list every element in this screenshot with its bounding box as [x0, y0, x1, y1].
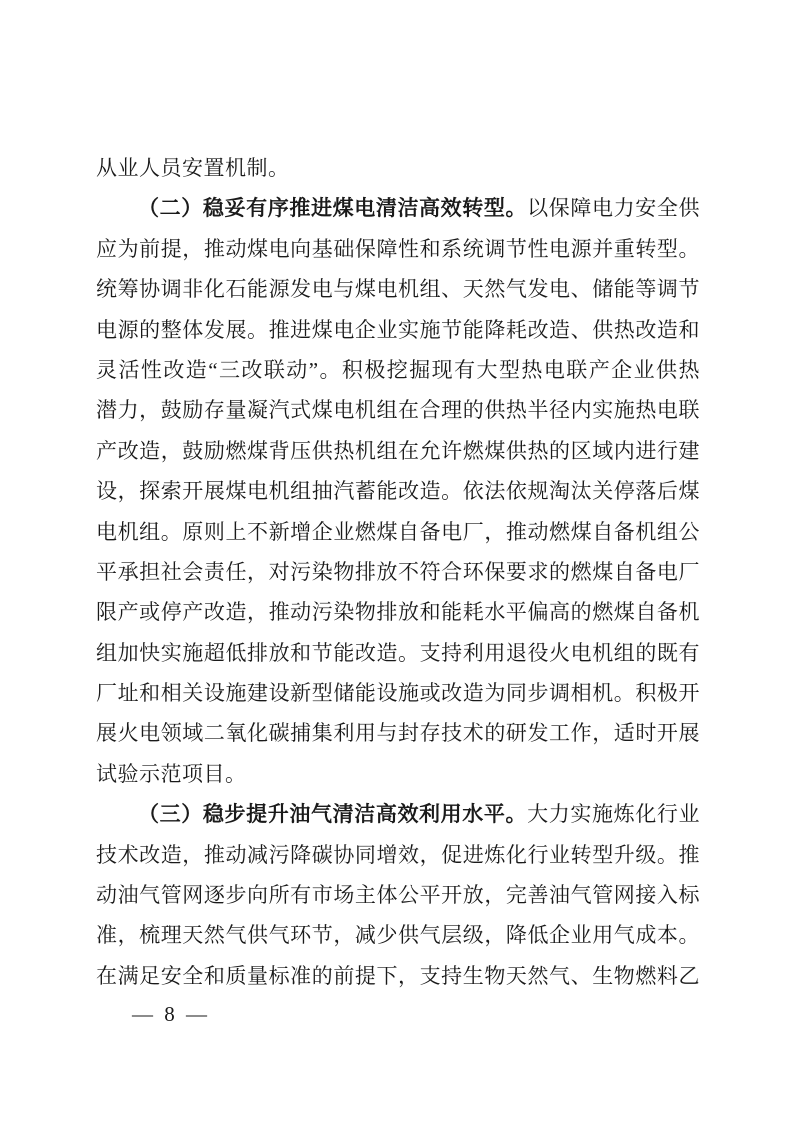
text-line: 灵活性改造“三改联动”。积极挖掘现有大型热电联产企业供热 — [96, 350, 700, 390]
body-text: 以保障电力安全供 — [527, 196, 700, 220]
body-text: 在满足安全和质量标准的前提下，支持生物天然气、生物燃料乙 — [96, 964, 700, 988]
text-line: 展火电领域二氧化碳捕集利用与封存技术的研发工作，适时开展 — [96, 713, 700, 753]
text-line: 技术改造，推动减污降碳协同增效，促进炼化行业转型升级。推 — [96, 835, 700, 875]
document-page: 从业人员安置机制。（二）稳妥有序推进煤电清洁高效转型。以保障电力安全供应为前提，… — [0, 0, 794, 1123]
text-line: 试验示范项目。 — [96, 754, 700, 794]
text-line: （三）稳步提升油气清洁高效利用水平。大力实施炼化行业 — [96, 794, 700, 834]
text-line: 在满足安全和质量标准的前提下，支持生物天然气、生物燃料乙 — [96, 956, 700, 996]
text-line: 准，梳理天然气供气环节，减少供气层级，降低企业用气成本。 — [96, 915, 700, 955]
body-text: 厂址和相关设施建设新型储能设施或改造为同步调相机。积极开 — [96, 681, 700, 705]
text-line: 动油气管网逐步向所有市场主体公平开放，完善油气管网接入标 — [96, 875, 700, 915]
text-line: 设，探索开展煤电机组抽汽蓄能改造。依法依规淘汰关停落后煤 — [96, 471, 700, 511]
body-text: 组加快实施超低排放和节能改造。支持利用退役火电机组的既有 — [96, 641, 700, 665]
body-text: 平承担社会责任，对污染物排放不符合环保要求的燃煤自备电厂 — [96, 560, 700, 584]
text-line: 限产或停产改造，推动污染物排放和能耗水平偏高的燃煤自备机 — [96, 592, 700, 632]
body-text: 统筹协调非化石能源发电与煤电机组、天然气发电、储能等调节 — [96, 277, 700, 301]
text-line: 厂址和相关设施建设新型储能设施或改造为同步调相机。积极开 — [96, 673, 700, 713]
body-text: 电机组。原则上不新增企业燃煤自备电厂，推动燃煤自备机组公 — [96, 520, 700, 544]
text-line: 组加快实施超低排放和节能改造。支持利用退役火电机组的既有 — [96, 633, 700, 673]
body-text: 限产或停产改造，推动污染物排放和能耗水平偏高的燃煤自备机 — [96, 600, 700, 624]
text-line: 应为前提，推动煤电向基础保障性和系统调节性电源并重转型。 — [96, 229, 700, 269]
body-text: 电源的整体发展。推进煤电企业实施节能降耗改造、供热改造和 — [96, 318, 700, 342]
body-text: 准，梳理天然气供气环节，减少供气层级，降低企业用气成本。 — [96, 923, 700, 947]
text-line: 从业人员安置机制。 — [96, 148, 700, 188]
body-text: 产改造，鼓励燃煤背压供热机组在允许燃煤供热的区域内进行建 — [96, 439, 700, 463]
body-text: 从业人员安置机制。 — [96, 156, 290, 180]
document-body-text: 从业人员安置机制。（二）稳妥有序推进煤电清洁高效转型。以保障电力安全供应为前提，… — [96, 148, 700, 996]
text-line: 电源的整体发展。推进煤电企业实施节能降耗改造、供热改造和 — [96, 310, 700, 350]
body-text: 潜力，鼓励存量凝汽式煤电机组在合理的供热半径内实施热电联 — [96, 398, 700, 422]
text-line: 潜力，鼓励存量凝汽式煤电机组在合理的供热半径内实施热电联 — [96, 390, 700, 430]
section-heading-text: （二）稳妥有序推进煤电清洁高效转型。 — [138, 196, 527, 220]
body-text: 动油气管网逐步向所有市场主体公平开放，完善油气管网接入标 — [96, 883, 700, 907]
text-line: （二）稳妥有序推进煤电清洁高效转型。以保障电力安全供 — [96, 188, 700, 228]
text-line: 产改造，鼓励燃煤背压供热机组在允许燃煤供热的区域内进行建 — [96, 431, 700, 471]
text-line: 平承担社会责任，对污染物排放不符合环保要求的燃煤自备电厂 — [96, 552, 700, 592]
body-text: 灵活性改造“三改联动”。积极挖掘现有大型热电联产企业供热 — [96, 358, 700, 382]
page-number: — 8 — — [132, 1002, 210, 1027]
body-text: 技术改造，推动减污降碳协同增效，促进炼化行业转型升级。推 — [96, 843, 700, 867]
body-text: 设，探索开展煤电机组抽汽蓄能改造。依法依规淘汰关停落后煤 — [96, 479, 700, 503]
body-text: 应为前提，推动煤电向基础保障性和系统调节性电源并重转型。 — [96, 237, 700, 261]
body-text: 大力实施炼化行业 — [527, 802, 700, 826]
text-line: 电机组。原则上不新增企业燃煤自备电厂，推动燃煤自备机组公 — [96, 512, 700, 552]
section-heading-text: （三）稳步提升油气清洁高效利用水平。 — [138, 802, 527, 826]
text-line: 统筹协调非化石能源发电与煤电机组、天然气发电、储能等调节 — [96, 269, 700, 309]
body-text: 试验示范项目。 — [96, 762, 247, 786]
body-text: 展火电领域二氧化碳捕集利用与封存技术的研发工作，适时开展 — [96, 721, 700, 745]
